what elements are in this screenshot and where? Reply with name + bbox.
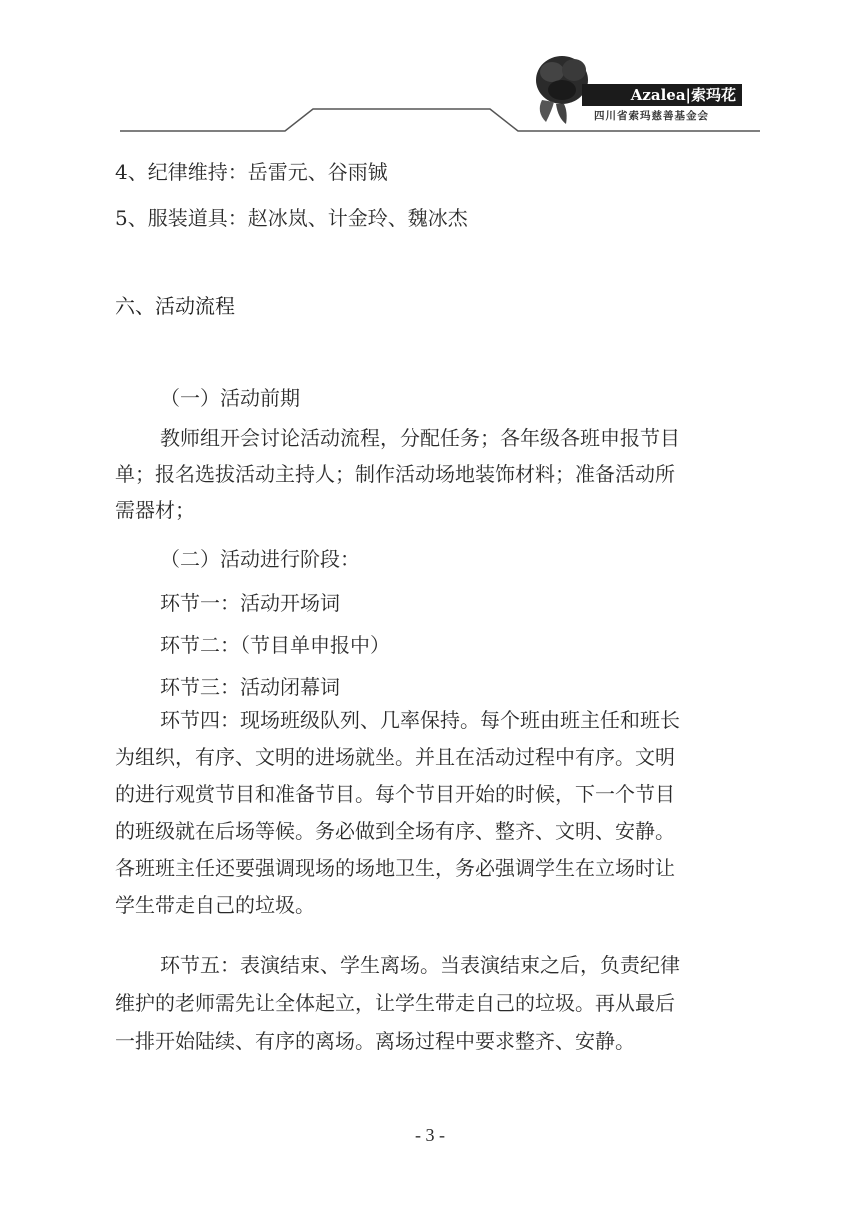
step-2: 环节二：（节目单申报中） [160,631,390,659]
step-1: 环节一：活动开场词 [160,589,340,617]
logo-subtitle: 四川省索玛慈善基金会 [594,108,742,123]
staff-item-discipline: 4、纪律维持：岳雷元、谷雨铖 [115,158,388,186]
phase2-title: （二）活动进行阶段： [160,545,360,573]
foundation-logo: Azalea|索玛花 四川省索玛慈善基金会 [532,48,742,128]
staff-item-costume: 5、服装道具：赵冰岚、计金玲、魏冰杰 [115,204,468,232]
logo-title: Azalea|索玛花 [582,84,742,106]
phase1-title: （一）活动前期 [160,384,300,412]
phase1-paragraph: 教师组开会讨论活动流程，分配任务；各年级各班申报节目 单；报名选拔活动主持人；制… [115,420,775,528]
step-3: 环节三：活动闭幕词 [160,673,340,701]
page-number: - 3 - [0,1125,860,1146]
section-title: 六、活动流程 [115,292,235,320]
step-4-paragraph: 环节四：现场班级队列、几率保持。每个班由班主任和班长 为组织，有序、文明的进场就… [115,702,775,924]
step-5-paragraph: 环节五：表演结束、学生离场。当表演结束之后，负责纪律 维护的老师需先让全体起立，… [115,946,775,1060]
